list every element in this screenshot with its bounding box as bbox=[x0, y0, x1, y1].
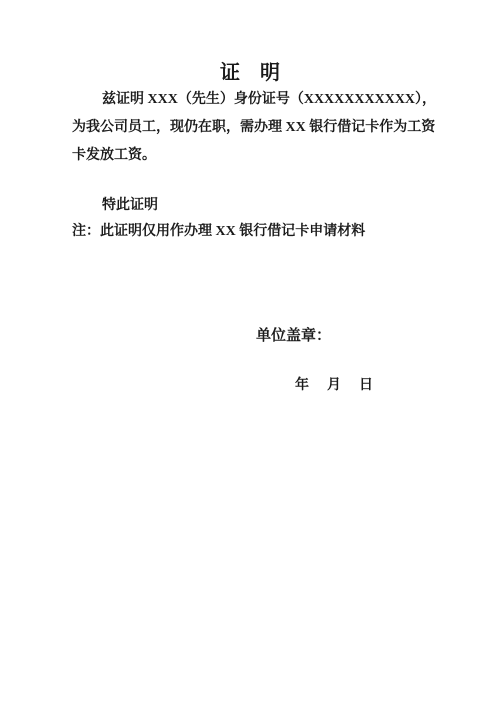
certificate-document-page: 证 明 兹证明 XXX（先生）身份证号（XXXXXXXXXXX）， 为我公司员工… bbox=[0, 0, 500, 708]
closing-statement: 特此证明 bbox=[102, 197, 158, 215]
note-statement: 注：此证明仅用作办理 XX 银行借记卡申请材料 bbox=[72, 223, 365, 241]
company-stamp-label: 单位盖章： bbox=[256, 327, 331, 346]
document-title: 证 明 bbox=[0, 61, 500, 85]
body-paragraph-line-3: 卡发放工资。 bbox=[72, 147, 452, 165]
date-placeholder-line: 年 月 日 bbox=[295, 377, 375, 395]
body-paragraph-line-1: 兹证明 XXX（先生）身份证号（XXXXXXXXXXX）， bbox=[72, 91, 482, 109]
body-paragraph-line-2: 为我公司员工，现仍在职，需办理 XX 银行借记卡作为工资 bbox=[72, 119, 452, 137]
